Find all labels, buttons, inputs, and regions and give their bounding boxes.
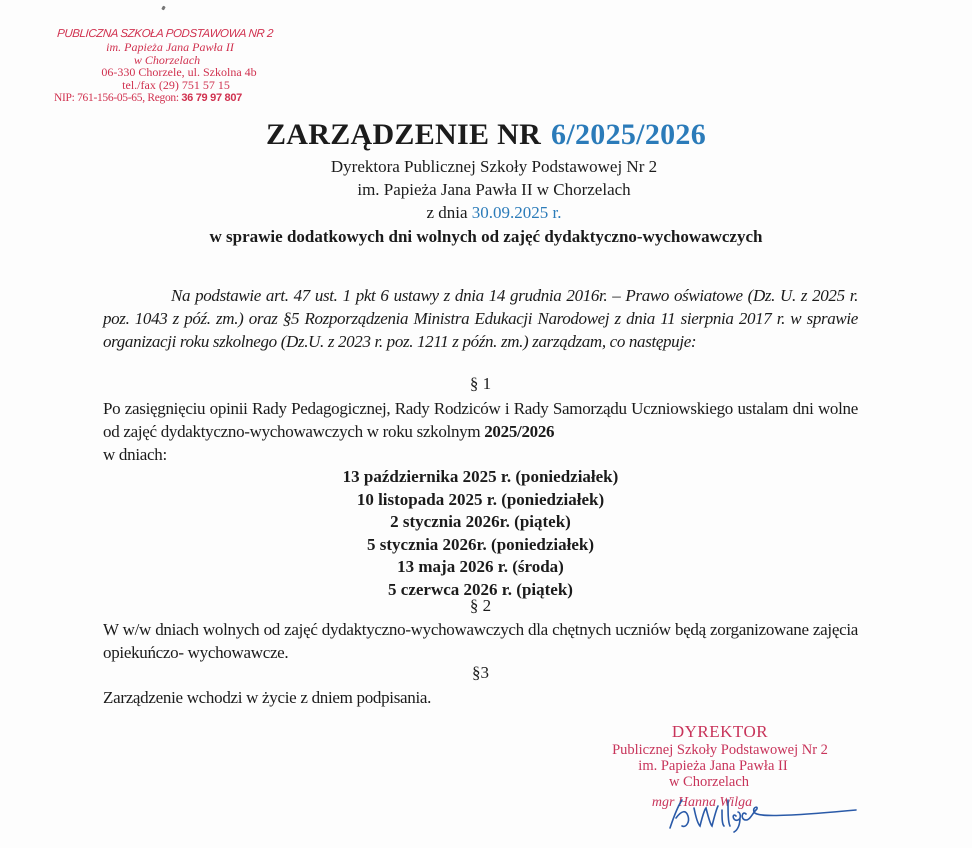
- stamp-phone: tel./fax (29) 751 57 15: [62, 79, 290, 92]
- section-2-body: W w/w dniach wolnych od zajęć dydaktyczn…: [103, 618, 858, 664]
- free-day-item: 2 stycznia 2026r. (piątek): [103, 511, 858, 534]
- section-3-sign: §3: [103, 663, 858, 683]
- stamp-nip-regon: NIP: 761-156-05-65, Regon: 36 79 97 807: [54, 92, 290, 105]
- handwritten-signature-icon: [660, 788, 860, 838]
- document-title: ZARZĄDZENIE NR6/2025/2026: [0, 118, 972, 152]
- issuer-line-1: Dyrektora Publicznej Szkoły Podstawowej …: [8, 157, 972, 177]
- stamp-school-name: PUBLICZNA SZKOŁA PODSTAWOWA NR 2: [40, 28, 291, 41]
- free-day-item: 5 stycznia 2026r. (poniedziałek): [103, 534, 858, 557]
- director-title: DYREKTOR: [575, 722, 865, 742]
- school-stamp: PUBLICZNA SZKOŁA PODSTAWOWA NR 2 im. Pap…: [40, 28, 290, 105]
- document-number: 6/2025/2026: [551, 118, 706, 151]
- section-1-text: Po zasięgnięciu opinii Rady Pedagogiczne…: [103, 397, 858, 466]
- document-subject: w sprawie dodatkowych dni wolnych od zaj…: [0, 227, 972, 247]
- scan-speck: [161, 6, 166, 11]
- issue-date: 30.09.2025 r.: [472, 203, 562, 222]
- free-day-item: 13 maja 2026 r. (środa): [103, 556, 858, 579]
- title-text: ZARZĄDZENIE NR: [266, 118, 541, 151]
- issue-date-line: z dnia 30.09.2025 r.: [8, 203, 972, 223]
- free-day-item: 13 października 2025 r. (poniedziałek): [103, 466, 858, 489]
- date-prefix: z dnia: [426, 203, 467, 222]
- director-patron: im. Papieża Jana Pawła II: [561, 758, 865, 774]
- section-2-text: W w/w dniach wolnych od zajęć dydaktyczn…: [103, 618, 858, 664]
- section-1-tail: w dniach:: [103, 445, 167, 464]
- section-1-sign: § 1: [103, 374, 858, 394]
- stamp-regon: 36 79 97 807: [181, 92, 242, 104]
- stamp-nip: NIP: 761-156-05-65, Regon:: [54, 92, 179, 104]
- section-2-sign: § 2: [103, 596, 858, 616]
- issuer-line-2: im. Papieża Jana Pawła II w Chorzelach: [8, 180, 972, 200]
- free-day-item: 10 listopada 2025 r. (poniedziałek): [103, 489, 858, 512]
- director-school: Publicznej Szkoły Podstawowej Nr 2: [575, 742, 865, 758]
- preamble-text: Na podstawie art. 47 ust. 1 pkt 6 ustawy…: [103, 284, 858, 353]
- school-year: 2025/2026: [484, 422, 554, 441]
- section-3-text: Zarządzenie wchodzi w życie z dniem podp…: [103, 686, 858, 709]
- free-days-list: 13 października 2025 r. (poniedziałek) 1…: [103, 466, 858, 601]
- section-1-body: Po zasięgnięciu opinii Rady Pedagogiczne…: [103, 399, 858, 441]
- preamble: Na podstawie art. 47 ust. 1 pkt 6 ustawy…: [103, 284, 858, 353]
